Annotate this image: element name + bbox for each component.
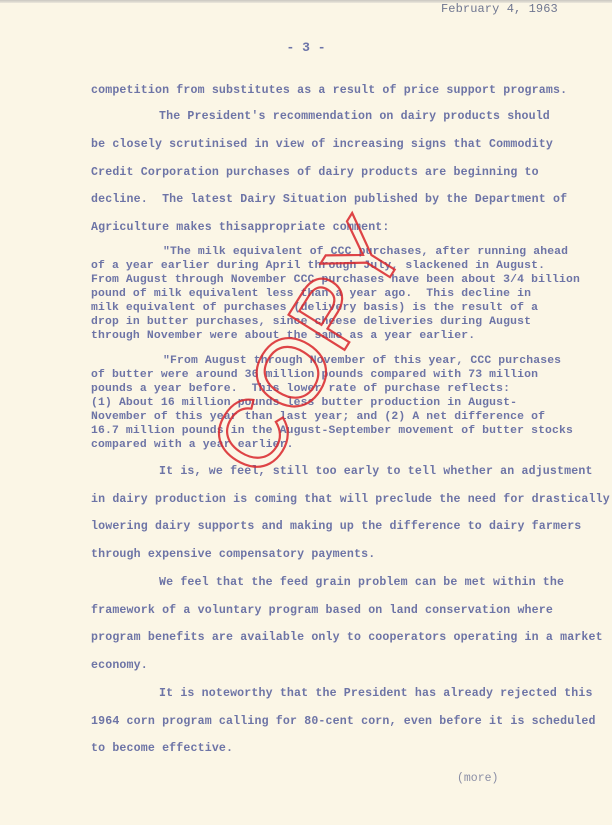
page-number: - 3 - (0, 40, 612, 55)
quote-line: through November were about the same as … (91, 330, 475, 342)
text-line: Agriculture makes thisappropriate commen… (91, 221, 390, 234)
text-line: lowering dairy supports and making up th… (91, 520, 581, 533)
text-line: in dairy production is coming that will … (91, 493, 610, 506)
text-line: It is noteworthy that the President has … (159, 687, 593, 700)
document-page: February 4, 1963 - 3 - competition from … (0, 0, 612, 825)
text-line: We feel that the feed grain problem can … (159, 576, 564, 589)
quote-line: drop in butter purchases, since cheese d… (91, 316, 531, 328)
quote-line: "The milk equivalent of CCC purchases, a… (163, 246, 568, 258)
quote-line: "From August through November of this ye… (163, 355, 561, 367)
quote-line: milk equivalent of purchases (delivery b… (91, 302, 538, 314)
quote-line: compared with a year earlier. (91, 439, 294, 451)
quote-line: From August through November CCC purchas… (91, 274, 580, 286)
continuation-note: (more) (457, 772, 498, 785)
quote-line: pounds a year before. This lower rate of… (91, 383, 510, 395)
text-line: competition from substitutes as a result… (91, 84, 567, 97)
quote-line: 16.7 million pounds in the August-Septem… (91, 425, 573, 437)
text-line: Credit Corporation purchases of dairy pr… (91, 166, 539, 179)
text-line: The President's recommendation on dairy … (159, 110, 550, 123)
text-line: decline. The latest Dairy Situation publ… (91, 193, 567, 206)
text-line: It is, we feel, still too early to tell … (159, 465, 593, 478)
text-line: 1964 corn program calling for 80-cent co… (91, 715, 596, 728)
text-line: economy. (91, 659, 148, 672)
text-line: framework of a voluntary program based o… (91, 604, 553, 617)
quote-line: of butter were around 36 million pounds … (91, 369, 538, 381)
quote-line: (1) About 16 million pounds less butter … (91, 397, 517, 409)
quote-line: pound of milk equivalent less than a yea… (91, 288, 531, 300)
text-line: be closely scrutinised in view of increa… (91, 138, 553, 151)
quote-line: November of this year than last year; an… (91, 411, 545, 423)
document-date: February 4, 1963 (441, 2, 558, 16)
text-line: to become effective. (91, 742, 233, 755)
quote-line: of a year earlier during April through J… (91, 260, 545, 272)
text-line: through expensive compensatory payments. (91, 548, 375, 561)
text-line: program benefits are available only to c… (91, 631, 603, 644)
